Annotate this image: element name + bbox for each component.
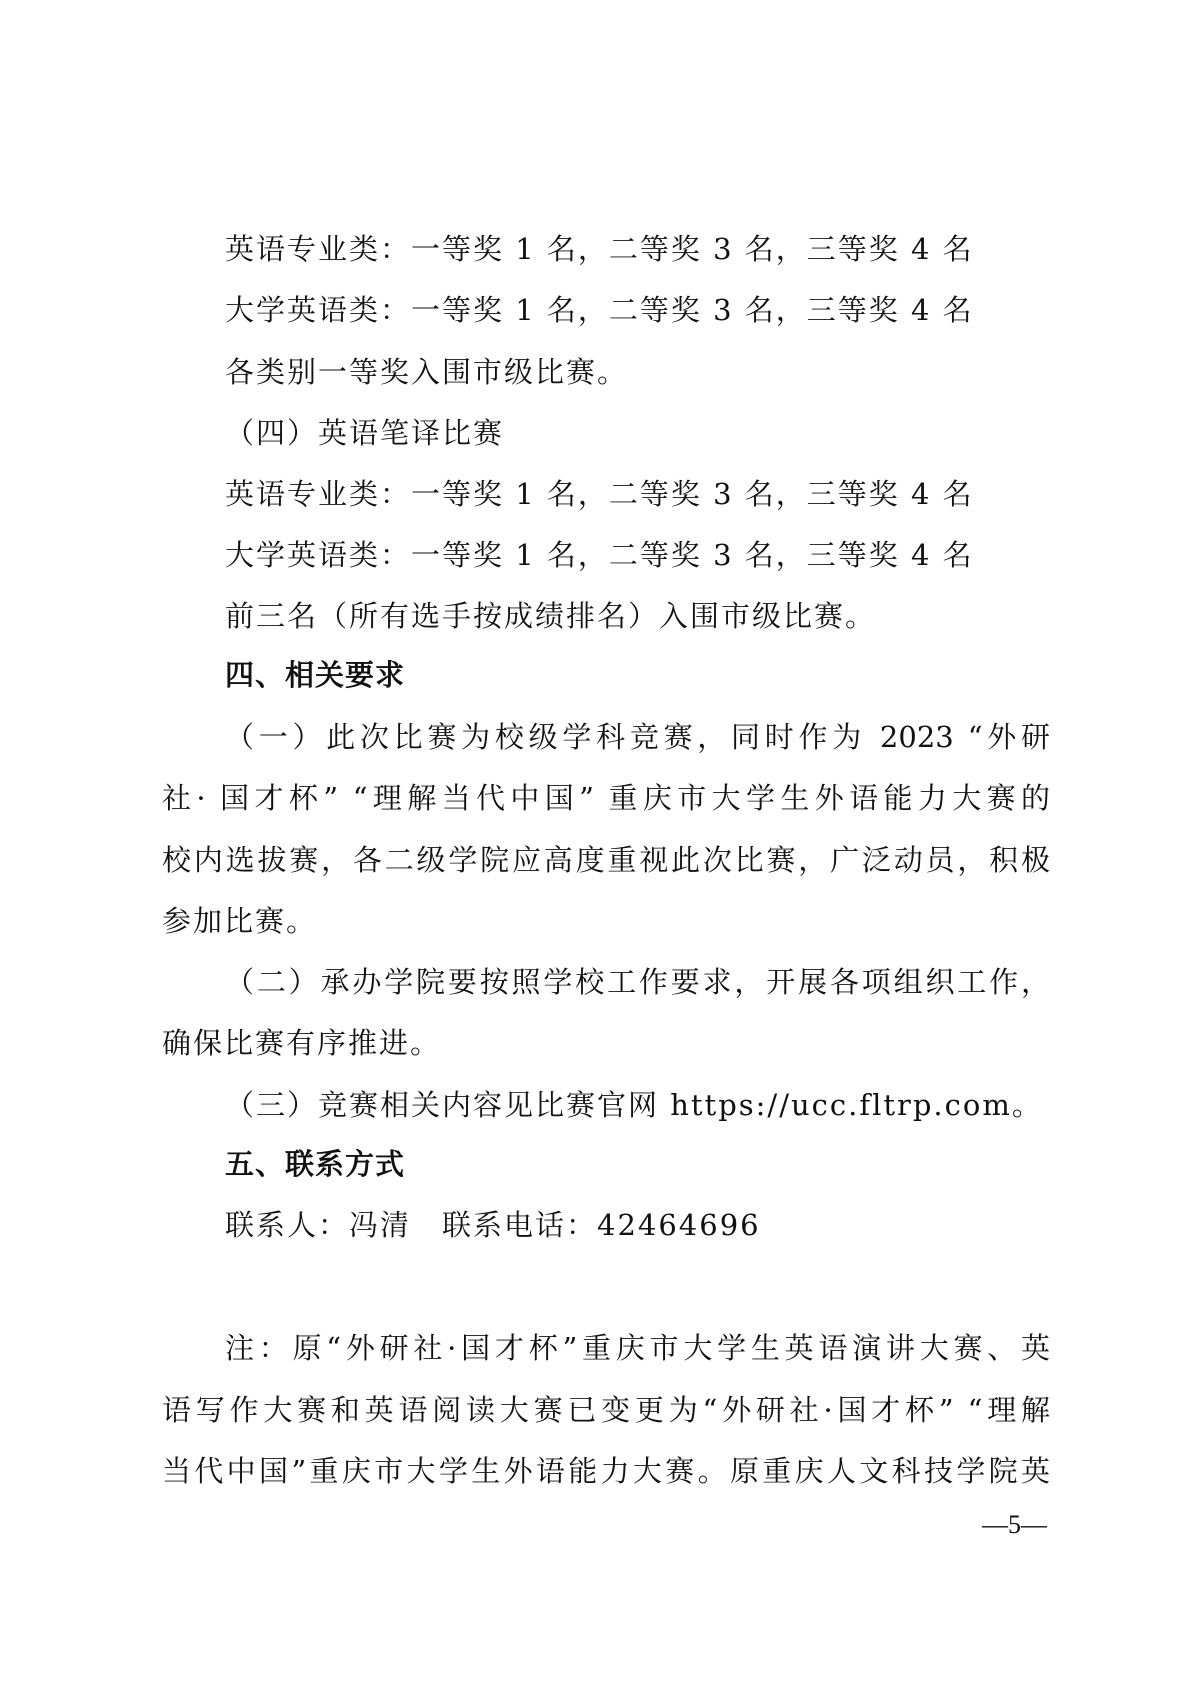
paragraph-line: 确保比赛有序推进。: [162, 1023, 1050, 1063]
section-heading-requirements: 四、相关要求: [225, 655, 1050, 695]
note-line: 语写作大赛和英语阅读大赛已变更为“外研社·国才杯” “理解: [162, 1390, 1050, 1430]
paragraph-line: 参加比赛。: [162, 901, 1050, 941]
paragraph-line: （二）承办学院要按照学校工作要求，开展各项组织工作，: [225, 962, 1050, 1002]
subsection-title: （四）英语笔译比赛: [225, 413, 1050, 453]
prize-line: 英语专业类：一等奖 1 名，二等奖 3 名，三等奖 4 名: [225, 474, 1050, 514]
prize-line: 英语专业类：一等奖 1 名，二等奖 3 名，三等奖 4 名: [225, 229, 1050, 269]
qualification-line: 各类别一等奖入围市级比赛。: [225, 352, 1050, 392]
website-line: （三）竞赛相关内容见比赛官网 https://ucc.fltrp.com。: [225, 1085, 1050, 1125]
note-line: 注：原“外研社·国才杯”重庆市大学生英语演讲大赛、英: [225, 1328, 1050, 1368]
paragraph-line: （一）此次比赛为校级学科竞赛，同时作为 2023 “外研: [225, 717, 1050, 757]
section-heading-contact: 五、联系方式: [225, 1144, 1050, 1184]
paragraph-line: 社· 国才杯” “理解当代中国” 重庆市大学生外语能力大赛的: [162, 778, 1050, 818]
qualification-line: 前三名（所有选手按成绩排名）入围市级比赛。: [225, 596, 1050, 636]
prize-line: 大学英语类：一等奖 1 名，二等奖 3 名，三等奖 4 名: [225, 290, 1050, 330]
contact-line: 联系人：冯清 联系电话：42464696: [225, 1205, 1050, 1245]
page-number: —5—: [982, 1508, 1047, 1542]
note-line: 当代中国”重庆市大学生外语能力大赛。原重庆人文科技学院英: [162, 1451, 1050, 1491]
prize-line: 大学英语类：一等奖 1 名，二等奖 3 名，三等奖 4 名: [225, 535, 1050, 575]
paragraph-line: 校内选拔赛，各二级学院应高度重视此次比赛，广泛动员，积极: [162, 840, 1050, 880]
